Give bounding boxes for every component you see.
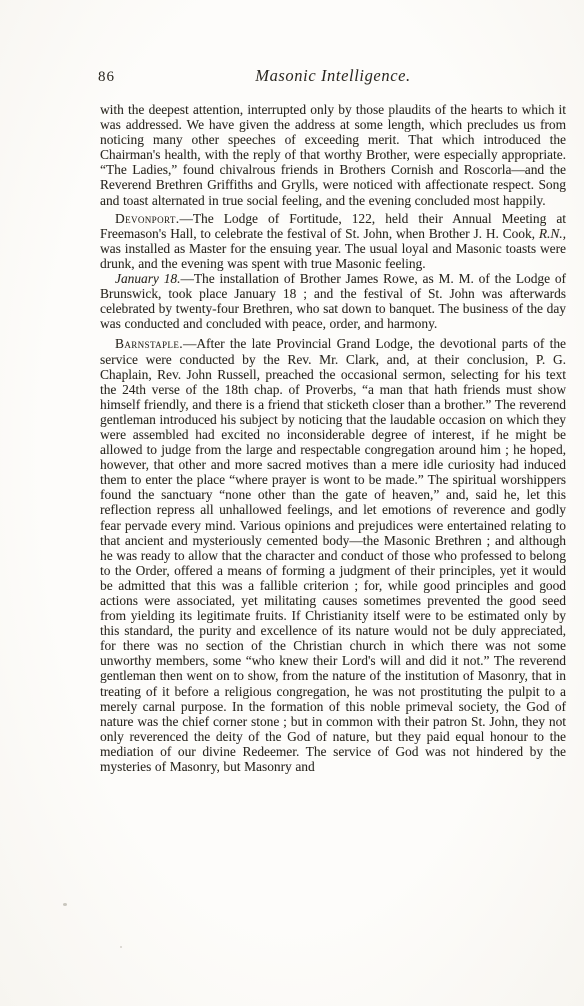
paragraph-continuation: with the deepest attention, interrupted … — [100, 102, 566, 208]
document-page: 86 Masonic Intelligence. with the deepes… — [0, 0, 584, 1006]
paragraph-text: —After the late Provincial Grand Lodge, … — [100, 336, 566, 774]
section-lead-january-18: January 18. — [115, 271, 180, 286]
running-title: Masonic Intelligence. — [100, 66, 566, 86]
paragraph-barnstaple: Barnstaple.—After the late Provincial Gr… — [100, 336, 566, 774]
paragraph-text: was installed as Master for the ensuing … — [100, 241, 566, 271]
abbreviation-rn: R.N., — [539, 226, 566, 241]
section-lead-devonport: Devonport. — [115, 211, 179, 226]
text-block: 86 Masonic Intelligence. with the deepes… — [100, 66, 566, 774]
page-number: 86 — [98, 69, 115, 86]
paragraph-january-18: January 18.—The installation of Brother … — [100, 271, 566, 331]
section-lead-barnstaple: Barnstaple. — [115, 336, 183, 351]
paragraph-devonport: Devonport.—The Lodge of Fortitude, 122, … — [100, 211, 566, 271]
article-body: with the deepest attention, interrupted … — [100, 102, 566, 774]
paragraph-text: with the deepest attention, interrupted … — [100, 102, 566, 208]
scan-speck — [120, 946, 122, 948]
scan-speck — [63, 903, 67, 906]
page-header: 86 Masonic Intelligence. — [100, 66, 566, 90]
